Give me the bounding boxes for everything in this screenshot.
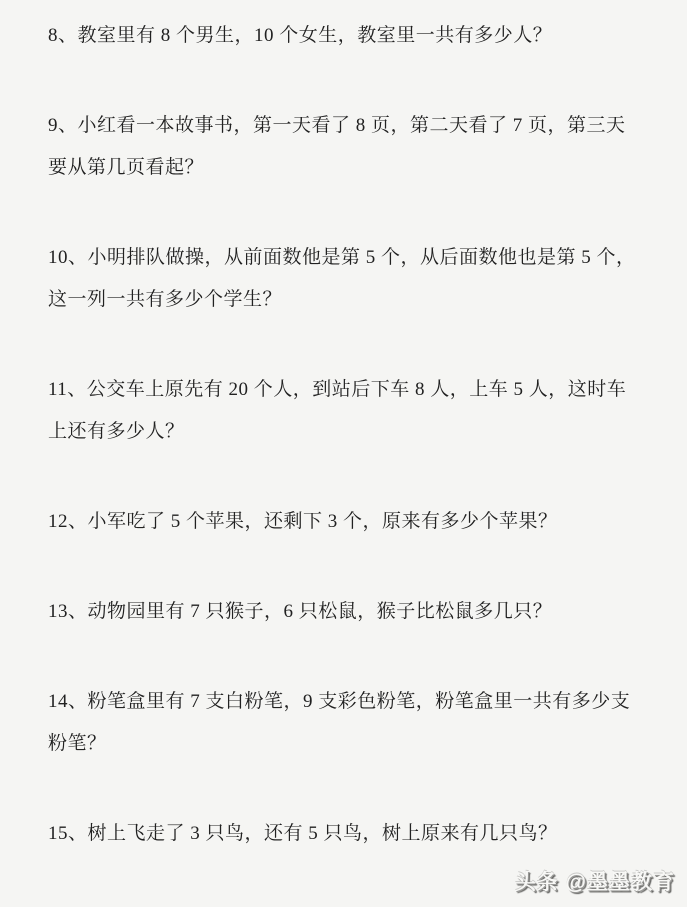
question-13-number: 13、 <box>48 601 88 622</box>
worksheet-page: 8、教室里有 8 个男生，10 个女生，教室里一共有多少人？ 9、小红看一本故事… <box>0 0 687 855</box>
question-14-text: 粉笔盒里有 7 支白粉笔，9 支彩色粉笔，粉笔盒里一共有多少支 粉笔？ <box>48 691 630 754</box>
question-14: 14、粉笔盒里有 7 支白粉笔，9 支彩色粉笔，粉笔盒里一共有多少支 粉笔？ <box>48 681 649 765</box>
question-8-text: 教室里有 8 个男生，10 个女生，教室里一共有多少人？ <box>78 25 553 46</box>
question-8: 8、教室里有 8 个男生，10 个女生，教室里一共有多少人？ <box>48 15 649 57</box>
worksheet-screenshot: { "page": { "background_color": "#f5f5f3… <box>0 0 687 907</box>
question-13-text: 动物园里有 7 只猴子，6 只松鼠，猴子比松鼠多几只？ <box>88 601 553 622</box>
question-11-text: 公交车上原先有 20 个人，到站后下车 8 人，上车 5 人，这时车 上还有多少… <box>48 379 626 442</box>
question-12: 12、小军吃了 5 个苹果，还剩下 3 个，原来有多少个苹果？ <box>48 501 649 543</box>
question-14-number: 14、 <box>48 691 88 712</box>
question-10-text: 小明排队做操，从前面数他是第 5 个，从后面数他也是第 5 个， 这一列一共有多… <box>48 247 636 310</box>
question-15-text: 树上飞走了 3 只鸟，还有 5 只鸟，树上原来有几只鸟？ <box>88 823 558 844</box>
watermark: 头条 @墨墨教育 <box>515 866 675 896</box>
question-15-number: 15、 <box>48 823 88 844</box>
question-9-number: 9、 <box>48 115 78 136</box>
question-12-number: 12、 <box>48 511 88 532</box>
question-10-number: 10、 <box>48 247 88 268</box>
question-8-number: 8、 <box>48 25 78 46</box>
question-15: 15、树上飞走了 3 只鸟，还有 5 只鸟，树上原来有几只鸟？ <box>48 813 649 855</box>
question-11-number: 11、 <box>48 379 87 400</box>
question-13: 13、动物园里有 7 只猴子，6 只松鼠，猴子比松鼠多几只？ <box>48 591 649 633</box>
question-12-text: 小军吃了 5 个苹果，还剩下 3 个，原来有多少个苹果？ <box>88 511 558 532</box>
question-9-text: 小红看一本故事书，第一天看了 8 页，第二天看了 7 页，第三天 要从第几页看起… <box>48 115 626 178</box>
question-9: 9、小红看一本故事书，第一天看了 8 页，第二天看了 7 页，第三天 要从第几页… <box>48 105 649 189</box>
question-10: 10、小明排队做操，从前面数他是第 5 个，从后面数他也是第 5 个， 这一列一… <box>48 237 649 321</box>
question-11: 11、公交车上原先有 20 个人，到站后下车 8 人，上车 5 人，这时车 上还… <box>48 369 649 453</box>
